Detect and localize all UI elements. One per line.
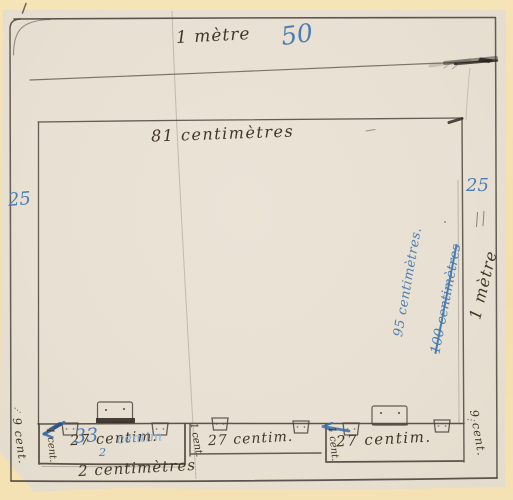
label-top-width: 1 mètre <box>176 24 251 48</box>
label-box-left-correction: 33 <box>73 424 99 448</box>
label-top-width-blue-value: 50 <box>279 18 315 51</box>
label-box-left-correction-faint: centim <box>117 429 163 447</box>
dots-right: ··· <box>465 415 476 427</box>
label-box-left-correction-small: 2 <box>99 446 106 459</box>
label-margin-right: 25 <box>466 175 489 196</box>
label-margin-left: 25 <box>7 188 32 211</box>
